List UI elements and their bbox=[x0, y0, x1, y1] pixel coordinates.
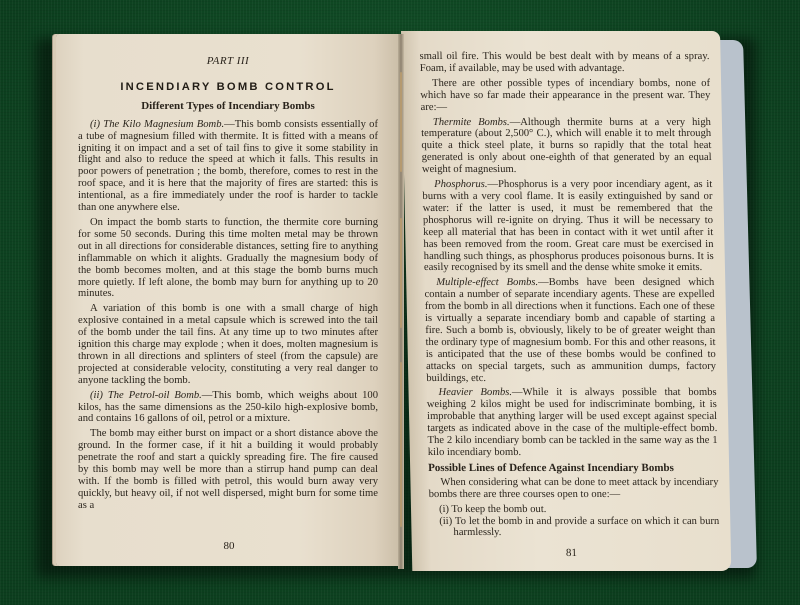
paragraph-text: On impact the bomb starts to function, t… bbox=[78, 217, 378, 299]
paragraph-lead: Heavier Bombs. bbox=[438, 387, 512, 398]
section-heading: Possible Lines of Defence Against Incend… bbox=[428, 463, 718, 475]
section-subtitle: Different Types of Incendiary Bombs bbox=[78, 101, 378, 113]
paragraph-text: —Bombs have been designed which contain … bbox=[424, 277, 716, 383]
left-page-content: PART III INCENDIARY BOMB CONTROL Differe… bbox=[78, 56, 378, 515]
paragraph-text: There are other possible types of incend… bbox=[420, 78, 710, 113]
paragraph-text: The bomb may either burst on impact or a… bbox=[78, 428, 378, 510]
paragraph-text: When considering what can be done to mee… bbox=[429, 477, 719, 500]
paragraph-lead: (ii) The Petrol-oil Bomb. bbox=[90, 390, 202, 401]
paragraph-lead: Thermite Bombs. bbox=[433, 117, 510, 128]
paragraph-lead: Multiple-effect Bombs. bbox=[436, 277, 538, 288]
paragraph: The bomb may either burst on impact or a… bbox=[78, 428, 378, 511]
paragraph: On impact the bomb starts to function, t… bbox=[78, 217, 378, 300]
paragraph: A variation of this bomb is one with a s… bbox=[78, 303, 378, 386]
paragraph-lead: (i) The Kilo Magnesium Bomb. bbox=[90, 119, 224, 130]
paragraph: Multiple-effect Bombs.—Bombs have been d… bbox=[424, 277, 716, 384]
list-marker: (i) bbox=[439, 504, 449, 515]
binding-stitch bbox=[400, 218, 402, 328]
paragraph: small oil fire. This would be best dealt… bbox=[419, 51, 709, 75]
part-label: PART III bbox=[78, 56, 378, 68]
paragraph: (ii) The Petrol-oil Bomb.—This bomb, whi… bbox=[78, 390, 378, 426]
left-page: PART III INCENDIARY BOMB CONTROL Differe… bbox=[56, 34, 402, 566]
list-item: (ii) To let the bomb in and provide a su… bbox=[429, 516, 719, 540]
list-text: To let the bomb in and provide a surface… bbox=[453, 516, 719, 539]
paragraph: Heavier Bombs.—While it is always possib… bbox=[426, 387, 717, 458]
paragraph: When considering what can be done to mee… bbox=[428, 477, 718, 501]
paragraph-text: A variation of this bomb is one with a s… bbox=[78, 303, 378, 385]
paragraph: (i) The Kilo Magnesium Bomb.—This bomb c… bbox=[78, 119, 378, 214]
list-marker: (ii) bbox=[439, 516, 452, 527]
binding-stitch bbox=[400, 72, 402, 172]
list-text: To keep the bomb out. bbox=[451, 504, 546, 515]
paragraph: Thermite Bombs.—Although thermite burns … bbox=[421, 117, 712, 177]
list-item: (i) To keep the bomb out. bbox=[429, 504, 719, 516]
paragraph-lead: Phosphorus. bbox=[434, 179, 488, 190]
paragraph: Phosphorus.—Phosphorus is a very poor in… bbox=[422, 179, 714, 274]
right-page: small oil fire. This would be best dealt… bbox=[401, 31, 731, 571]
chapter-title: INCENDIARY BOMB CONTROL bbox=[78, 82, 378, 94]
page-number: 81 bbox=[412, 547, 731, 559]
paragraph-text: —Phosphorus is a very poor incendiary ag… bbox=[422, 179, 713, 273]
binding-stitch bbox=[400, 362, 402, 527]
paragraph-text: —This bomb consists essentially of a tub… bbox=[78, 119, 378, 213]
paragraph-text: small oil fire. This would be best dealt… bbox=[419, 51, 709, 74]
page-number: 80 bbox=[56, 540, 402, 552]
paragraph: There are other possible types of incend… bbox=[420, 78, 711, 114]
right-page-content: small oil fire. This would be best dealt… bbox=[419, 51, 719, 539]
